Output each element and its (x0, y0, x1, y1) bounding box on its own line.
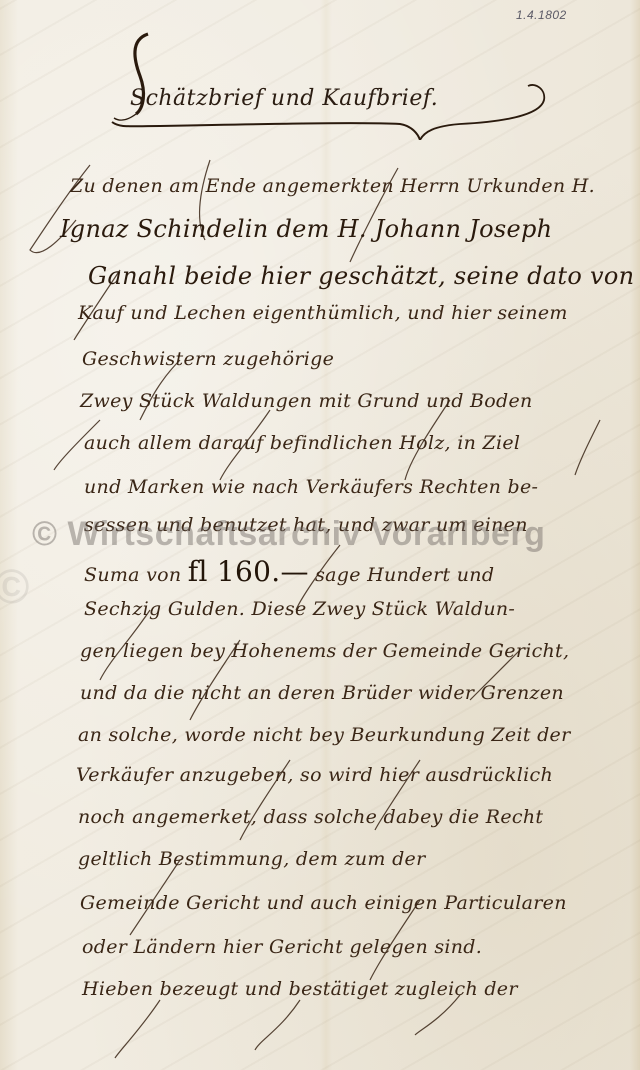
amount-value: fl 160.— (188, 555, 309, 588)
text-line-12: gen liegen bey Hohenems der Gemeinde Ger… (80, 640, 569, 662)
document-page: 1.4.1802 Schätzbrief und Kaufbrief. (0, 0, 640, 1070)
text-line-14: an solche, worde nicht bey Beurkundung Z… (78, 724, 571, 746)
text-line-19: oder Ländern hier Gericht gelegen sind. (82, 936, 482, 958)
amount-words: sage Hundert und (315, 564, 494, 586)
text-line-10: Suma von fl 160.— sage Hundert und (84, 555, 494, 588)
text-line-1: Zu denen am Ende angemerkten Herrn Urkun… (70, 175, 595, 197)
text-line-15: Verkäufer anzugeben, so wird hier ausdrü… (76, 764, 553, 786)
text-line-16: noch angemerket, dass solche dabey die R… (78, 806, 543, 828)
text-line-18: Gemeinde Gericht und auch einigen Partic… (80, 892, 567, 914)
text-line-20: Hieben bezeugt und bestätiget zugleich d… (82, 978, 518, 1000)
text-line-3: Ganahl beide hier geschätzt, seine dato … (88, 262, 634, 290)
suma-label: Suma von (84, 564, 181, 586)
text-line-7: auch allem darauf befindlichen Holz, in … (84, 432, 520, 454)
watermark-ghost-icon: © (0, 560, 29, 615)
text-line-17: geltlich Bestimmung, dem zum der (78, 848, 425, 870)
copyright-watermark: © Wirtschaftsarchiv Vorarlberg (32, 515, 545, 554)
text-line-5: Geschwistern zugehörige (82, 348, 334, 370)
text-line-4: Kauf und Lechen eigenthümlich, und hier … (78, 302, 568, 324)
text-line-8: und Marken wie nach Verkäufers Rechten b… (84, 476, 538, 498)
text-line-13: und da die nicht an deren Brüder wider G… (80, 682, 564, 704)
text-line-2: Ignaz Schindelin dem H. Johann Joseph (60, 215, 552, 243)
text-line-11: Sechzig Gulden. Diese Zwey Stück Waldun- (84, 598, 515, 620)
text-line-6: Zwey Stück Waldungen mit Grund und Boden (80, 390, 533, 412)
